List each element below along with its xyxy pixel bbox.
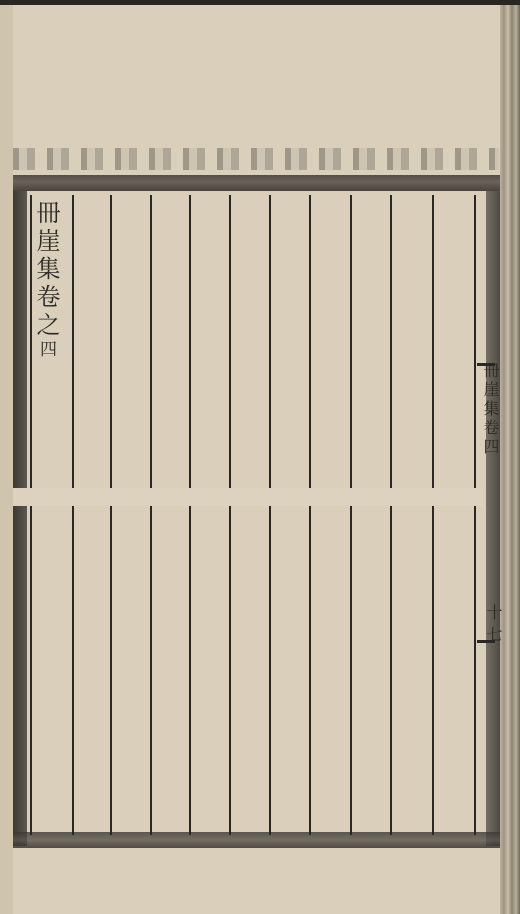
fishtail-mark-bottom: [477, 640, 495, 651]
column-rule: [269, 195, 271, 835]
border-frame-top: [13, 175, 500, 191]
volume-number: 四: [36, 340, 56, 361]
title-text: 冊崖集卷之: [32, 200, 60, 340]
book-page: [13, 5, 500, 914]
column-rule: [390, 195, 392, 835]
volume-title: 冊崖集卷之四: [34, 200, 58, 361]
column-rule: [350, 195, 352, 835]
border-frame-right: [486, 191, 500, 846]
paper-crease: [13, 488, 483, 506]
book-spine-edge: [500, 5, 520, 914]
column-rule: [229, 195, 231, 835]
block-heart-title: 冊崖集卷四: [482, 362, 498, 457]
column-rule: [474, 195, 476, 835]
column-rule: [309, 195, 311, 835]
previous-page-edge: [0, 5, 14, 914]
column-rule: [150, 195, 152, 835]
column-rule: [432, 195, 434, 835]
column-rule: [189, 195, 191, 835]
border-frame-left: [13, 191, 27, 846]
ink-smudge-top: [13, 148, 499, 170]
border-frame-bottom: [13, 832, 500, 848]
column-rule: [72, 195, 74, 835]
column-rule: [110, 195, 112, 835]
